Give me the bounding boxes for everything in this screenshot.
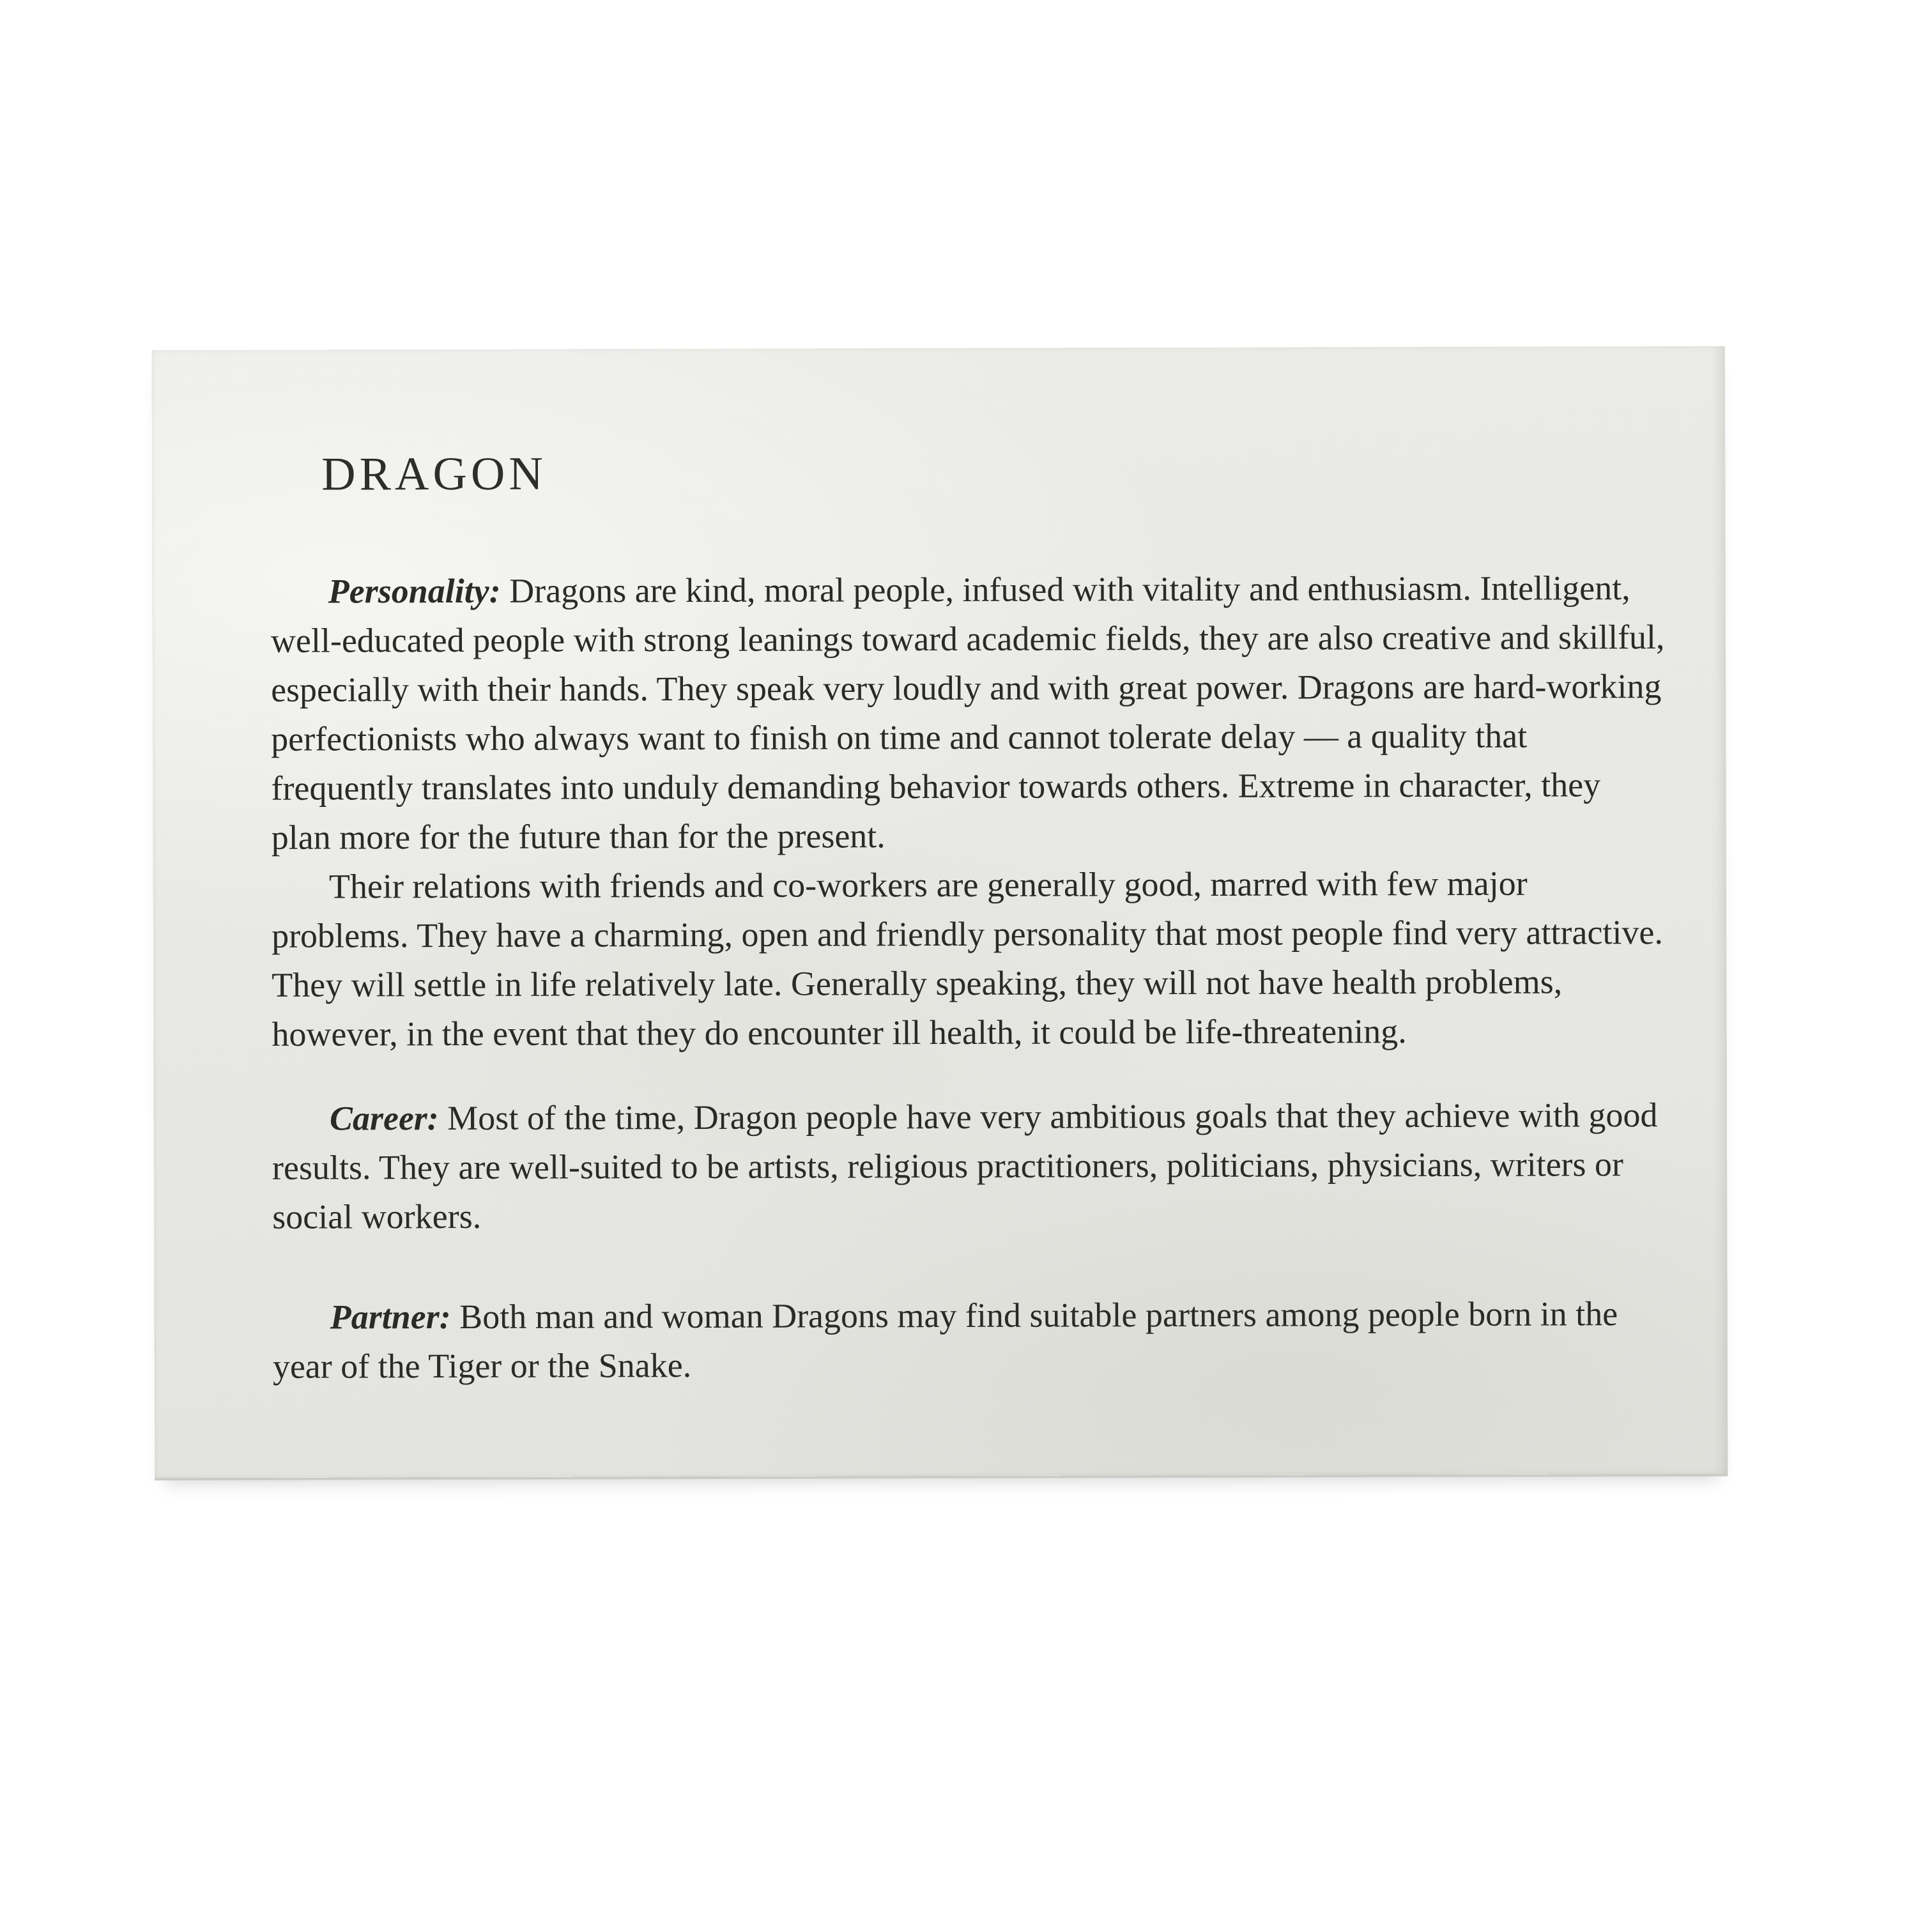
personality-label: Personality: — [328, 572, 501, 611]
personality-paragraph-2: Their relations with friends and co-work… — [272, 859, 1666, 1059]
personality-paragraph-1: Personality: Dragons are kind, moral peo… — [271, 563, 1666, 862]
partner-paragraph: Partner: Both man and woman Dragons may … — [273, 1289, 1667, 1391]
zodiac-card-page: DRAGON Personality: Dragons are kind, mo… — [152, 346, 1728, 1478]
photo-background: DRAGON Personality: Dragons are kind, mo… — [0, 0, 1932, 1932]
personality-text-2: Their relations with friends and co-work… — [272, 864, 1663, 1054]
partner-text: Both man and woman Dragons may find suit… — [273, 1294, 1618, 1386]
personality-text-1: Dragons are kind, moral people, infused … — [271, 569, 1665, 857]
career-paragraph: Career: Most of the time, Dragon people … — [272, 1091, 1667, 1242]
page-title: DRAGON — [321, 442, 1664, 503]
career-text: Most of the time, Dragon people have ver… — [272, 1096, 1657, 1236]
career-label: Career: — [330, 1099, 439, 1137]
partner-label: Partner: — [330, 1298, 451, 1336]
